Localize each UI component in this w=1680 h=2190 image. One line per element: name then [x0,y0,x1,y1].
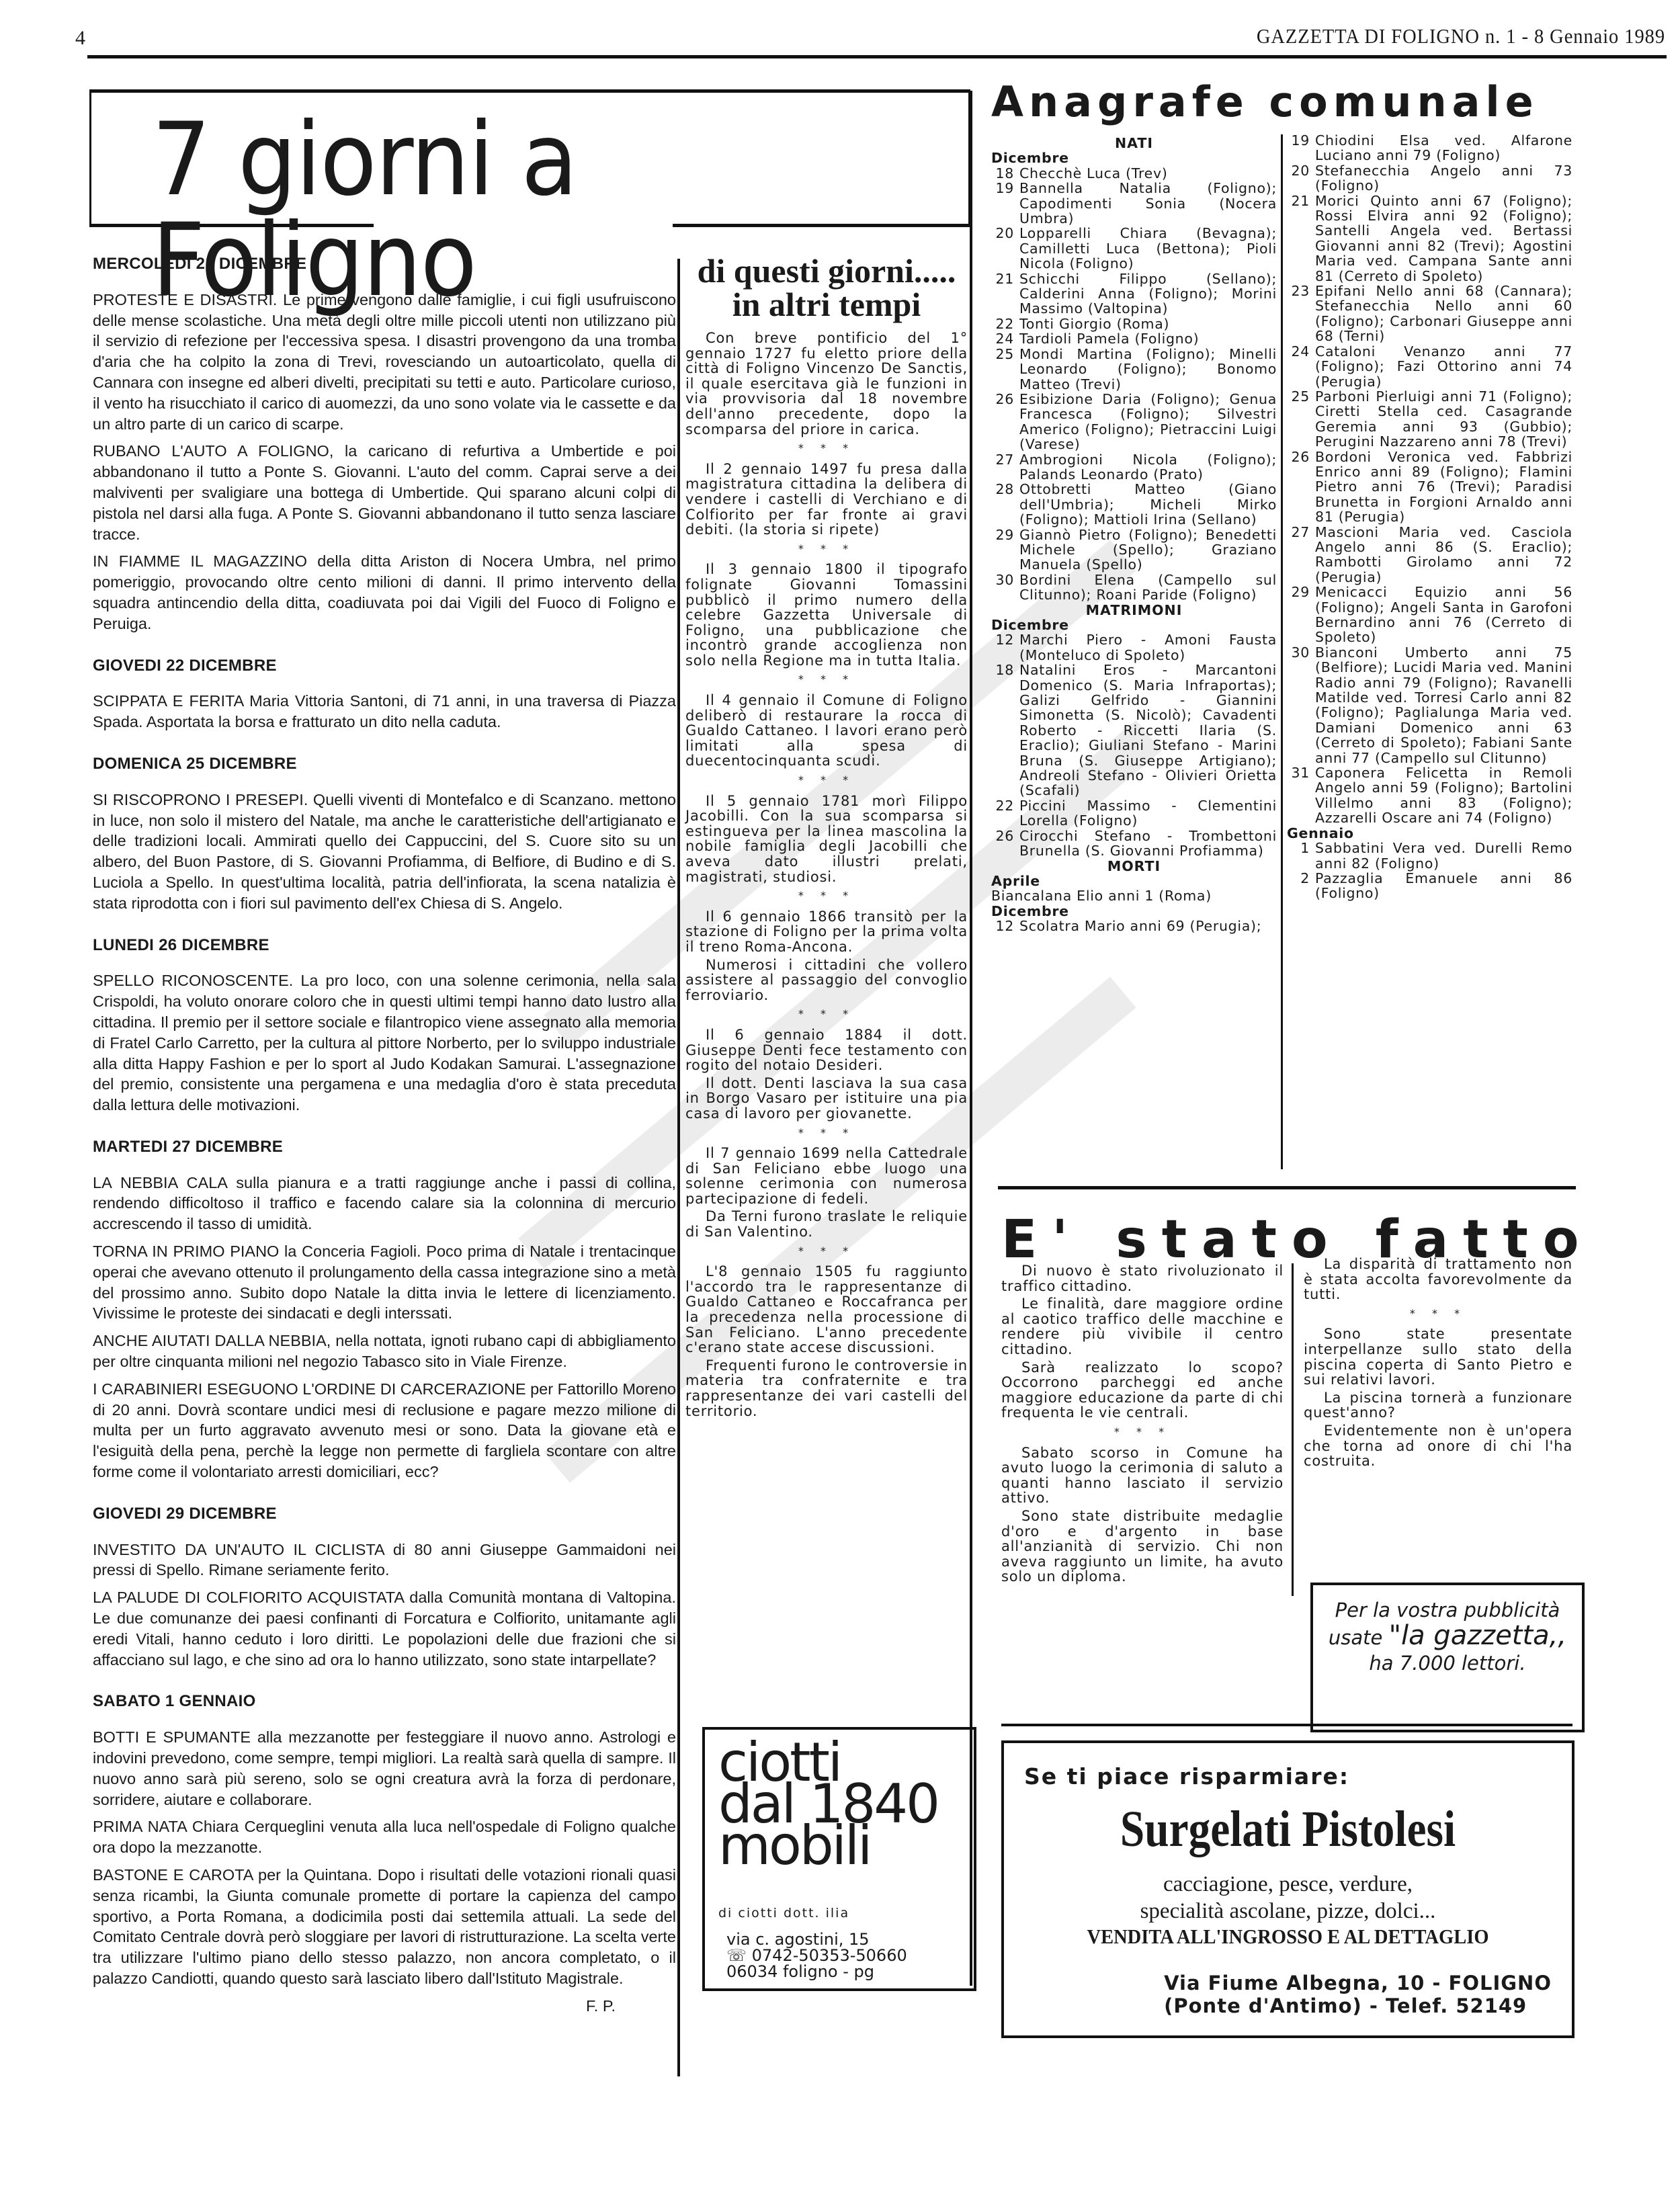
separator-stars: * * * [685,542,968,557]
registry-names: Piccini Massimo - Clementini Lorella (Fo… [1019,798,1277,829]
registry-entry: 27Mascioni Maria ved. Casciola Angelo an… [1287,525,1572,585]
stato-paragraph: Le finalità, dare maggiore ordine al cao… [1001,1296,1284,1357]
news-lead: RUBANO L'AUTO A FOLIGNO, [93,442,333,460]
registry-names: Parboni Pierluigi anni 71 (Foligno); Cir… [1315,389,1572,450]
gazzetta-ad-line3: ha 7.000 lettori. [1313,1650,1582,1676]
separator-stars: * * * [685,1244,968,1259]
news-lead: SI RISCOPRONO I PRESEPI. [93,791,308,808]
registry-day: 1 [1287,841,1315,871]
surgelati-address: Via Fiume Albegna, 10 - FOLIGNO [1164,1972,1552,1994]
registry-names: Bordoni Veronica ved. Fabbrizi Enrico an… [1315,450,1572,525]
registry-names: Scolatra Mario anni 69 (Perugia); [1019,919,1277,933]
registry-day: 22 [991,798,1019,829]
separator-stars: * * * [685,1007,968,1022]
registry-names: Natalini Eros - Marcantoni Domenico (S. … [1019,663,1277,798]
registry-names: Tonti Giorgio (Roma) [1019,317,1277,331]
stato-paragraph: Sarà realizzato lo scopo? Occorrono parc… [1001,1360,1284,1421]
news-item: ANCHE AIUTATI DALLA NEBBIA, nella nottat… [93,1331,676,1372]
news-lead: ANCHE AIUTATI DALLA NEBBIA, [93,1332,331,1349]
registry-names: Caponera Felicetta in Remoli Angelo anni… [1315,765,1572,826]
history-paragraph: L'8 gennaio 1505 fu raggiunto l'accordo … [685,1264,968,1355]
registry-day: 26 [991,392,1019,452]
history-paragraph: Con breve pontificio del 1° gennaio 1727… [685,331,968,437]
registry-entry: 26Cirocchi Stefano - Trombettoni Brunell… [991,829,1277,859]
registry-day: 12 [991,632,1019,663]
registry-entry: 1Sabbatini Vera ved. Durelli Remo anni 8… [1287,841,1572,871]
surgelati-products-line1: cacciagione, pesce, verdure, [1004,1871,1572,1898]
registry-day: 26 [991,829,1019,859]
day-heading: GIOVEDI 29 DICEMBRE [93,1504,676,1525]
registry-entry: 21Morici Quinto anni 67 (Foligno); Rossi… [1287,194,1572,284]
registry-names: Epifani Nello anni 68 (Cannara); Stefane… [1315,284,1572,344]
surgelati-name: Surgelati Pistolesi [1044,1800,1532,1859]
news-text: Le prime vengono dalle famiglie, i cui f… [93,291,676,433]
registry-entry: 30Bordini Elena (Campello sul Clitunno);… [991,573,1277,603]
registry-names: Ambrogioni Nicola (Foligno); Palands Leo… [1019,452,1277,482]
registry-day: 27 [1287,525,1315,585]
news-lead: PRIMA NATA [93,1818,186,1835]
registry-names: Marchi Piero - Amoni Fausta (Monteluco d… [1019,632,1277,663]
news-item: INVESTITO DA UN'AUTO IL CICLISTA di 80 a… [93,1540,676,1581]
registry-names: Checchè Luca (Trev) [1019,166,1277,181]
registry-day: 22 [991,317,1019,331]
news-item: PRIMA NATA Chiara Cerqueglini venuta all… [93,1816,676,1858]
registry-day: 30 [1287,645,1315,765]
separator-stars: * * * [685,441,968,456]
registry-month: Aprile [991,874,1277,888]
registry-entry: 19Chiodini Elsa ved. Alfarone Luciano an… [1287,133,1572,163]
page-number: 4 [75,27,85,50]
history-paragraph: Il 3 gennaio 1800 il tipografo folignate… [685,562,968,668]
altri-tempi-body: Con breve pontificio del 1° gennaio 1727… [685,331,968,1419]
separator-stars: * * * [685,672,968,687]
news-text: Quelli viventi di Montefalco e di Scanza… [93,791,676,912]
registry-names: Cirocchi Stefano - Trombettoni Brunella … [1019,829,1277,859]
surgelati-ad: Se ti piace risparmiare: Surgelati Pisto… [1001,1740,1574,2038]
history-paragraph: Frequenti furono le controversie in mate… [685,1358,968,1419]
registry-day: 18 [991,663,1019,798]
registry-entry: 20Lopparelli Chiara (Bevagna); Camillett… [991,226,1277,271]
registry-day: 24 [1287,344,1315,389]
section-gap [93,1489,676,1504]
registry-entry: 22Tonti Giorgio (Roma) [991,317,1277,331]
signature: F. P. [93,1996,676,2017]
registry-names: Mondi Martina (Foligno); Minelli Leonard… [1019,347,1277,392]
news-item: BASTONE E CAROTA per la Quintana. Dopo i… [93,1865,676,1989]
day-heading: GIOVEDI 22 DICEMBRE [93,656,676,677]
registry-entry: 25Parboni Pierluigi anni 71 (Foligno); C… [1287,389,1572,450]
surgelati-products: cacciagione, pesce, verdure, specialità … [1004,1871,1572,1925]
registry-entry: 28Ottobretti Matteo (Giano dell'Umbria);… [991,482,1277,527]
history-paragraph: Numerosi i cittadini che vollero assiste… [685,958,968,1003]
stato-fatto-column-1: Di nuovo è stato rivoluzionato il traffi… [1001,1263,1284,1587]
anagrafe-title: Anagrafe comunale [991,79,1576,125]
registry-entry: 31Caponera Felicetta in Remoli Angelo an… [1287,765,1572,826]
registry-entry: 25Mondi Martina (Foligno); Minelli Leona… [991,347,1277,392]
anagrafe-column-1: NATIDicembre18Checchè Luca (Trev)19Banne… [991,136,1277,934]
registry-names: Ottobretti Matteo (Giano dell'Umbria); M… [1019,482,1277,527]
registry-names: Bianconi Umberto anni 75 (Belfiore); Luc… [1315,645,1572,765]
registry-day: 25 [1287,389,1315,450]
registry-entry: 2Pazzaglia Emanuele anni 86 (Foligno) [1287,871,1572,901]
ciotti-owner: di ciotti dott. ilia [718,1906,849,1921]
separator-stars: * * * [1001,1425,1284,1440]
news-item: I CARABINIERI ESEGUONO L'ORDINE DI CARCE… [93,1379,676,1482]
seven-days-column: MERCOLEDI 21 DICEMBREPROTESTE E DISASTRI… [93,254,676,2017]
registry-entry: 27Ambrogioni Nicola (Foligno); Palands L… [991,452,1277,482]
stato-paragraph: Sono state distribuite medaglie d'oro e … [1001,1509,1284,1585]
stato-paragraph: La piscina tornerà a funzionare quest'an… [1304,1390,1572,1421]
registry-entry: 30Bianconi Umberto anni 75 (Belfiore); L… [1287,645,1572,765]
registry-month: Dicembre [991,151,1277,165]
registry-names: Stefanecchia Angelo anni 73 (Foligno) [1315,163,1572,194]
history-paragraph: Il 6 gennaio 1866 transitò per la stazio… [685,909,968,955]
news-lead: BASTONE E CAROTA [93,1866,253,1884]
registry-names: Schicchi Filippo (Sellano); Calderini An… [1019,271,1277,317]
stato-paragraph: Sono state presentate interpellanze sull… [1304,1326,1572,1387]
section-gap [93,1677,676,1691]
masthead: GAZZETTA DI FOLIGNO n. 1 - 8 Gennaio 198… [1257,24,1665,48]
altri-tempi-column: di questi giorni..... in altri tempi Con… [685,254,968,1421]
history-paragraph: Il 6 gennaio 1884 il dott. Giuseppe Dent… [685,1027,968,1073]
ciotti-ad: ciotti dal 1840 mobili di ciotti dott. i… [702,1727,976,1991]
registry-day: 21 [991,271,1019,317]
column-divider [1292,1263,1294,1596]
separator-stars: * * * [685,888,968,904]
registry-entry: 24Cataloni Venanzo anni 77 (Foligno); Fa… [1287,344,1572,389]
news-item: PROTESTE E DISASTRI. Le prime vengono da… [93,290,676,435]
news-item: BOTTI E SPUMANTE alla mezzanotte per fes… [93,1727,676,1810]
registry-names: Menicacci Equizio anni 56 (Foligno); Ang… [1315,585,1572,645]
registry-entry: 23Epifani Nello anni 68 (Cannara); Stefa… [1287,284,1572,344]
registry-day: 30 [991,573,1019,603]
surgelati-phone: (Ponte d'Antimo) - Telef. 52149 [1164,1994,1552,2017]
registry-names: Morici Quinto anni 67 (Foligno); Rossi E… [1315,194,1572,284]
news-lead: PROTESTE E DISASTRI. [93,291,277,308]
news-lead: BOTTI E SPUMANTE [93,1728,251,1746]
news-lead: SPELLO RICONOSCENTE. [93,972,293,989]
news-item: TORNA IN PRIMO PIANO la Conceria Fagioli… [93,1241,676,1324]
registry-names: Sabbatini Vera ved. Durelli Remo anni 82… [1315,841,1572,871]
registry-heading: MORTI [991,859,1277,874]
registry-day: 24 [991,331,1019,346]
registry-entry: 21Schicchi Filippo (Sellano); Calderini … [991,271,1277,317]
registry-day: 28 [991,482,1019,527]
registry-month: Dicembre [991,618,1277,632]
registry-day: 21 [1287,194,1315,284]
registry-entry: 24Tardioli Pamela (Foligno) [991,331,1277,346]
registry-heading: MATRIMONI [991,603,1277,618]
section-gap [93,739,676,754]
day-heading: MERCOLEDI 21 DICEMBRE [93,254,676,275]
registry-names: Bannella Natalia (Foligno); Capodimenti … [1019,181,1277,226]
registry-entry: 18Natalini Eros - Marcantoni Domenico (S… [991,663,1277,798]
history-paragraph: Il dott. Denti lasciava la sua casa in B… [685,1076,968,1122]
day-heading: DOMENICA 25 DICEMBRE [93,754,676,775]
news-text: per la Quintana. Dopo i risultati delle … [93,1866,676,1987]
registry-names: Giannò Pietro (Foligno); Benedetti Miche… [1019,528,1277,573]
registry-names: Bordini Elena (Campello sul Clitunno); R… [1019,573,1277,603]
registry-day: 29 [991,528,1019,573]
anagrafe-column-2: 19Chiodini Elsa ved. Alfarone Luciano an… [1287,133,1572,901]
ciotti-address: via c. agostini, 15 [726,1931,907,1947]
registry-entry: 12Marchi Piero - Amoni Fausta (Monteluco… [991,632,1277,663]
ciotti-logo: ciotti dal 1840 mobili [718,1742,938,1867]
column-divider [677,259,680,2076]
registry-entry: 26Esibizione Daria (Foligno); Genua Fran… [991,392,1277,452]
registry-day: 20 [991,226,1019,271]
surgelati-products-line2: specialità ascolane, pizze, dolci... [1004,1898,1572,1925]
history-paragraph: Da Terni furono traslate le reliquie di … [685,1209,968,1239]
registry-day: 26 [1287,450,1315,525]
separator-stars: * * * [685,773,968,788]
section-title-box: 7 giorni a Foligno [89,89,970,227]
gazzetta-ad-name: "la gazzetta,, [1389,1620,1567,1651]
separator-stars: * * * [685,1126,968,1141]
registry-entry: 29Menicacci Equizio anni 56 (Foligno); A… [1287,585,1572,645]
registry-day: 27 [991,452,1019,482]
registry-day: 25 [991,347,1019,392]
stato-paragraph: La disparità di trattamento non è stata … [1304,1257,1572,1302]
history-paragraph: Il 7 gennaio 1699 nella Cattedrale di Sa… [685,1146,968,1206]
news-lead: IN FIAMME IL MAGAZZINO [93,552,307,570]
day-heading: LUNEDI 26 DICEMBRE [93,935,676,956]
registry-names: Esibizione Daria (Foligno); Genua France… [1019,392,1277,452]
registry-day: 12 [991,919,1019,933]
surgelati-sales: VENDITA ALL'INGROSSO E AL DETTAGLIO [1027,1925,1549,1949]
gazzetta-ad-line1: Per la vostra pubblicità [1313,1597,1582,1623]
history-paragraph: Il 2 gennaio 1497 fu presa dalla magistr… [685,462,968,538]
registry-names: Mascioni Maria ved. Casciola Angelo anni… [1315,525,1572,585]
registry-month: Gennaio [1287,826,1572,841]
section-gap [93,641,676,656]
registry-day: 20 [1287,163,1315,194]
news-item: RUBANO L'AUTO A FOLIGNO, la caricano di … [93,441,676,544]
registry-names: Chiodini Elsa ved. Alfarone Luciano anni… [1315,133,1572,163]
registry-names: Cataloni Venanzo anni 77 (Foligno); Fazi… [1315,344,1572,389]
registry-names: Lopparelli Chiara (Bevagna); Camilletti … [1019,226,1277,271]
surgelati-contact: Via Fiume Albegna, 10 - FOLIGNO (Ponte d… [1164,1972,1552,2017]
gazzetta-ad-usate: usate [1329,1626,1389,1649]
registry-day: 29 [1287,585,1315,645]
registry-day: 23 [1287,284,1315,344]
header-rule [87,55,1667,58]
news-lead: I CARABINIERI ESEGUONO L'ORDINE DI CARCE… [93,1380,526,1398]
column-divider [1281,134,1283,1169]
section-gap [93,921,676,935]
registry-day: 19 [991,181,1019,226]
day-heading: SABATO 1 GENNAIO [93,1691,676,1712]
stato-paragraph: Di nuovo è stato rivoluzionato il traffi… [1001,1263,1284,1294]
registry-day: 2 [1287,871,1315,901]
news-text: La pro loco, con una solenne cerimonia, … [93,972,676,1113]
news-item: IN FIAMME IL MAGAZZINO della ditta Arist… [93,551,676,634]
stato-fatto-rule [998,1186,1576,1189]
registry-entry: 29Giannò Pietro (Foligno); Benedetti Mic… [991,528,1277,573]
ciotti-contact: via c. agostini, 15 ☏ 0742-50353-50660 0… [726,1931,907,1980]
ciotti-city: 06034 foligno - pg [726,1964,907,1980]
registry-heading: NATI [991,136,1277,151]
news-item: SI RISCOPRONO I PRESEPI. Quelli viventi … [93,790,676,914]
news-lead: LA NEBBIA CALA [93,1174,227,1191]
registry-entry: 20Stefanecchia Angelo anni 73 (Foligno) [1287,163,1572,194]
registry-entry: 26Bordoni Veronica ved. Fabbrizi Enrico … [1287,450,1572,525]
news-lead: LA PALUDE DI COLFIORITO ACQUISTATA [93,1589,404,1606]
column-divider [970,91,972,1986]
news-lead: SCIPPATA E FERITA [93,692,243,710]
news-lead: TORNA IN PRIMO PIANO [93,1243,279,1260]
registry-day: 31 [1287,765,1315,826]
registry-entry: 19Bannella Natalia (Foligno); Capodiment… [991,181,1277,226]
registry-names: Tardioli Pamela (Foligno) [1019,331,1277,346]
stato-paragraph: Evidentemente non è un'opera che torna a… [1304,1423,1572,1469]
registry-month: Dicembre [991,904,1277,919]
registry-day: 18 [991,166,1019,181]
stato-paragraph: Sabato scorso in Comune ha avuto luogo l… [1001,1445,1284,1506]
history-paragraph: Il 4 gennaio il Comune di Foligno delibe… [685,693,968,769]
registry-entry: 18Checchè Luca (Trev) [991,166,1277,181]
history-paragraph: Il 5 gennaio 1781 morì Filippo Jacobilli… [685,794,968,885]
gazzetta-ad: Per la vostra pubblicità usate "la gazze… [1310,1583,1585,1732]
registry-names: Pazzaglia Emanuele anni 86 (Foligno) [1315,871,1572,901]
news-item: SCIPPATA E FERITA Maria Vittoria Santoni… [93,691,676,732]
surgelati-tagline: Se ti piace risparmiare: [1024,1763,1349,1789]
separator-stars: * * * [1304,1306,1572,1322]
registry-entry: 22Piccini Massimo - Clementini Lorella (… [991,798,1277,829]
news-item: LA NEBBIA CALA sulla pianura e a tratti … [93,1173,676,1234]
section-gap [93,1122,676,1137]
altri-tempi-title-2: in altri tempi [685,288,968,321]
stato-fatto-column-2: La disparità di trattamento non è stata … [1304,1257,1572,1472]
altri-tempi-title-1: di questi giorni..... [685,254,968,288]
news-item: SPELLO RICONOSCENTE. La pro loco, con un… [93,970,676,1115]
day-heading: MARTEDI 27 DICEMBRE [93,1137,676,1158]
registry-entry: 12Scolatra Mario anni 69 (Perugia); [991,919,1277,933]
registry-entry: Biancalana Elio anni 1 (Roma) [991,888,1277,903]
news-lead: INVESTITO DA UN'AUTO IL CICLISTA [93,1541,384,1558]
registry-day: 19 [1287,133,1315,163]
news-item: LA PALUDE DI COLFIORITO ACQUISTATA dalla… [93,1587,676,1670]
